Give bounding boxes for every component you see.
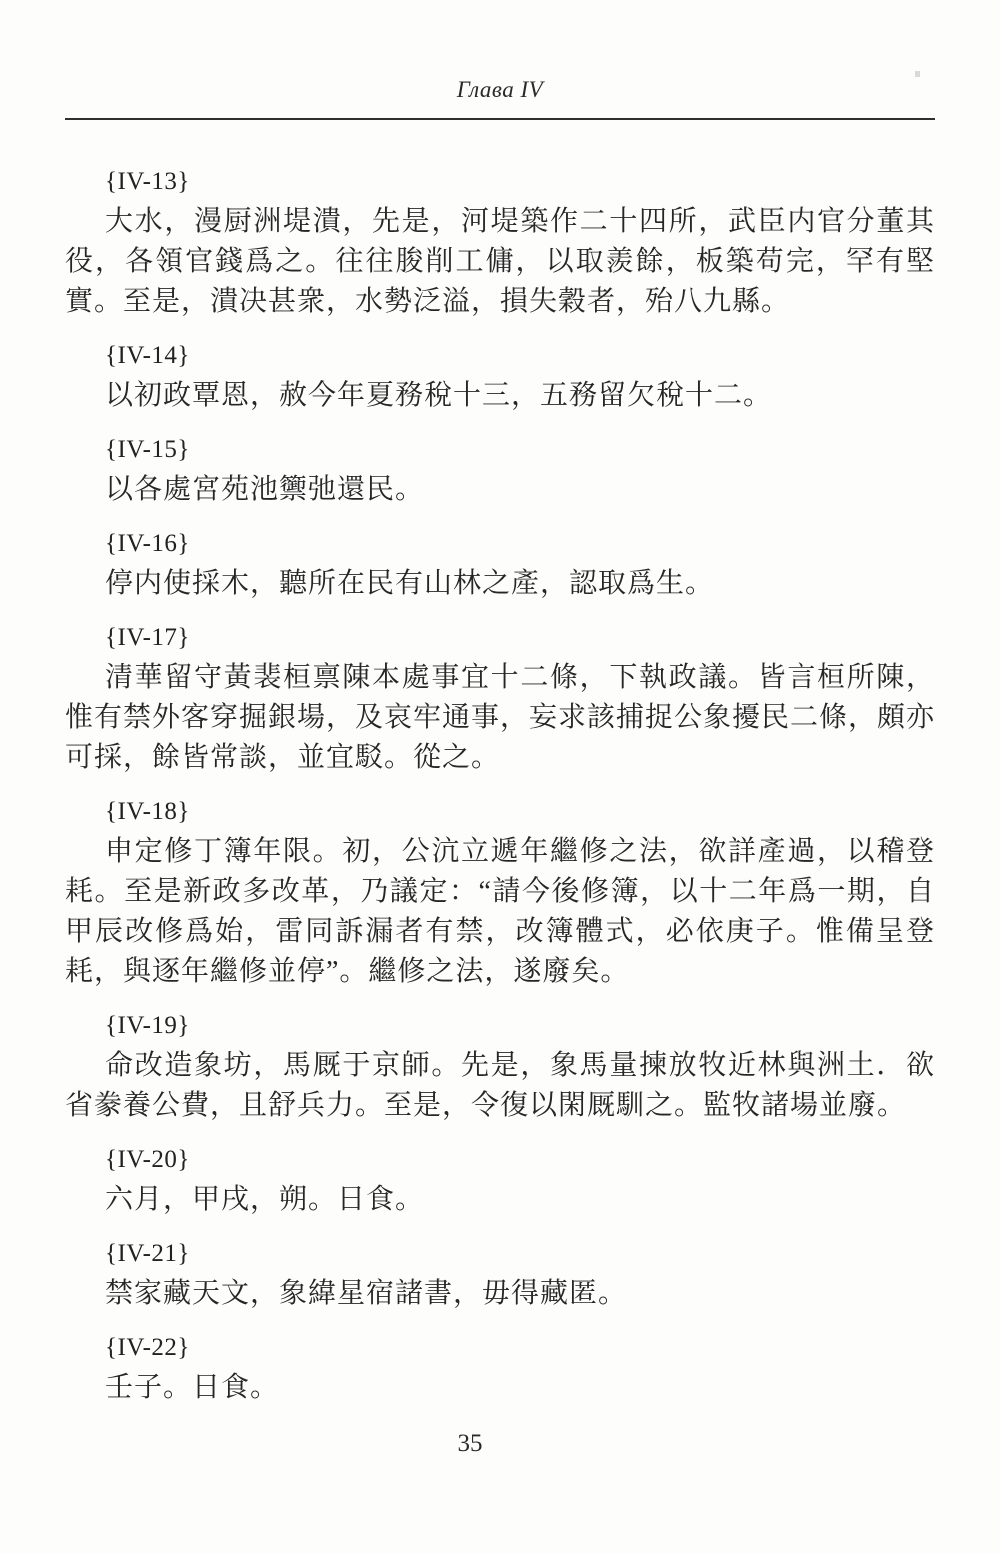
section-label: {IV-19} bbox=[65, 1006, 935, 1046]
section-label: {IV-17} bbox=[65, 618, 935, 658]
page-number: 35 bbox=[0, 1430, 940, 1458]
section-text: 停内使採木，聽所在民有山林之產，認取爲生。 bbox=[65, 564, 935, 604]
section-text: 六月，甲戌，朔。日食。 bbox=[65, 1180, 935, 1220]
section-text: 命改造象坊，馬厩于京師。先是，象馬量揀放牧近林與洲土．欲省豢養公費，且舒兵力。至… bbox=[65, 1046, 935, 1126]
header-rule bbox=[65, 118, 935, 120]
section-iv-22: {IV-22} 壬子。日食。 bbox=[65, 1328, 935, 1408]
section-label: {IV-21} bbox=[65, 1234, 935, 1274]
section-iv-20: {IV-20} 六月，甲戌，朔。日食。 bbox=[65, 1140, 935, 1220]
section-text: 大水，漫厨洲堤潰，先是，河堤築作二十四所，武臣内官分董其役，各領官錢爲之。往往朘… bbox=[65, 202, 935, 322]
section-iv-19: {IV-19} 命改造象坊，馬厩于京師。先是，象馬量揀放牧近林與洲土．欲省豢養公… bbox=[65, 1006, 935, 1126]
section-text: 禁家藏天文，象緯星宿諸書，毋得藏匿。 bbox=[65, 1274, 935, 1314]
section-label: {IV-14} bbox=[65, 336, 935, 376]
section-label: {IV-13} bbox=[65, 162, 935, 202]
section-iv-14: {IV-14} 以初政覃恩，赦今年夏務稅十三，五務留欠稅十二。 bbox=[65, 336, 935, 416]
section-iv-17: {IV-17} 清華留守黃裴桓禀陳本處事宜十二條，下執政議。皆言桓所陳，惟有禁外… bbox=[65, 618, 935, 778]
section-text: 以各處宮苑池籞弛還民。 bbox=[65, 470, 935, 510]
scan-artifact bbox=[915, 71, 920, 77]
section-label: {IV-16} bbox=[65, 524, 935, 564]
section-text: 清華留守黃裴桓禀陳本處事宜十二條，下執政議。皆言桓所陳，惟有禁外客穿掘銀場，及哀… bbox=[65, 658, 935, 778]
section-iv-16: {IV-16} 停内使採木，聽所在民有山林之產，認取爲生。 bbox=[65, 524, 935, 604]
section-label: {IV-18} bbox=[65, 792, 935, 832]
section-text: 申定修丁簿年限。初，公沆立遞年繼修之法，欲詳產過，以稽登耗。至是新政多改革，乃議… bbox=[65, 832, 935, 992]
section-iv-13: {IV-13} 大水，漫厨洲堤潰，先是，河堤築作二十四所，武臣内官分董其役，各領… bbox=[65, 162, 935, 322]
section-iv-18: {IV-18} 申定修丁簿年限。初，公沆立遞年繼修之法，欲詳產過，以稽登耗。至是… bbox=[65, 792, 935, 992]
section-iv-21: {IV-21} 禁家藏天文，象緯星宿諸書，毋得藏匿。 bbox=[65, 1234, 935, 1314]
section-text: 壬子。日食。 bbox=[65, 1368, 935, 1408]
document-page: Глава IV {IV-13} 大水，漫厨洲堤潰，先是，河堤築作二十四所，武臣… bbox=[65, 0, 935, 1408]
page-content: {IV-13} 大水，漫厨洲堤潰，先是，河堤築作二十四所，武臣内官分董其役，各領… bbox=[65, 162, 935, 1408]
section-label: {IV-20} bbox=[65, 1140, 935, 1180]
section-label: {IV-15} bbox=[65, 430, 935, 470]
section-iv-15: {IV-15} 以各處宮苑池籞弛還民。 bbox=[65, 430, 935, 510]
section-label: {IV-22} bbox=[65, 1328, 935, 1368]
section-text: 以初政覃恩，赦今年夏務稅十三，五務留欠稅十二。 bbox=[65, 376, 935, 416]
running-header: Глава IV bbox=[65, 76, 935, 104]
